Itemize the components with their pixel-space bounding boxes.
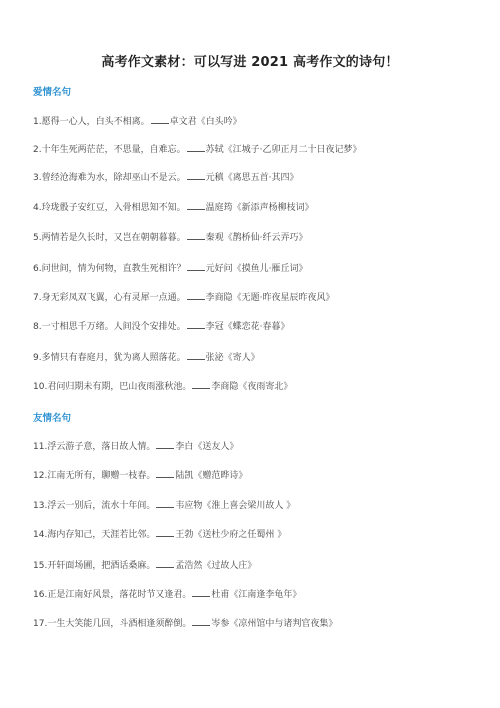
blank-underline	[187, 291, 205, 300]
verse-text: 问世间，情为何物，直教生死相许？	[42, 264, 186, 274]
verse-line: 1.愿得一心人，白头不相离。卓文君《白头吟》	[33, 115, 242, 128]
verse-source: 李冠《蝶恋花·春暮》	[206, 322, 290, 332]
verse-source: 李白《送友人》	[175, 442, 238, 452]
verse-text: 两情若是久长时，又岂在朝朝暮暮。	[42, 233, 186, 243]
verse-source: 苏轼《江城子·乙卯正月二十日夜记梦》	[206, 145, 362, 155]
blank-underline	[187, 262, 205, 271]
verse-source: 卓文君《白头吟》	[170, 117, 242, 127]
verse-text: 愿得一心人，白头不相离。	[42, 117, 150, 127]
blank-underline	[187, 351, 205, 360]
verse-number: 9.	[33, 353, 42, 363]
blank-underline	[187, 143, 205, 152]
verse-number: 5.	[33, 233, 42, 243]
blank-underline	[156, 528, 174, 537]
verse-number: 12.	[33, 471, 47, 481]
verse-line: 11.浮云游子意，落日故人情。李白《送友人》	[33, 440, 238, 453]
verse-text: 浮云一别后，流水十年间。	[47, 501, 155, 511]
verse-line: 9.多情只有春庭月，犹为离人照落花。张泌《寄人》	[33, 351, 260, 364]
verse-source: 韦应物《淮上喜会梁川故人 》	[175, 501, 295, 511]
document-page: 高考作文素材：可以写进 2021 高考作文的诗句！ 爱情名句 1.愿得一心人，白…	[0, 0, 500, 708]
verse-number: 11.	[33, 442, 47, 452]
verse-number: 15.	[33, 561, 47, 571]
verse-source: 陆凯《赠范晔诗》	[175, 471, 247, 481]
blank-underline	[156, 499, 174, 508]
verse-number: 3.	[33, 173, 42, 183]
verse-number: 2.	[33, 145, 42, 155]
verse-source: 元稹《离思五首·其四》	[206, 173, 299, 183]
section-heading-friendship: 友情名句	[33, 410, 71, 424]
verse-number: 8.	[33, 322, 42, 332]
blank-underline	[156, 559, 174, 568]
verse-line: 8.一寸相思千万绪。人间没个安排处。李冠《蝶恋花·春暮》	[33, 320, 289, 333]
verse-line: 10.君问归期未有期，巴山夜雨涨秋池。李商隐《夜雨寄北》	[33, 380, 292, 393]
verse-line: 4.玲珑骰子安红豆，入骨相思知不知。温庭筠《新添声杨柳枝词》	[33, 201, 314, 214]
verse-text: 身无彩凤双飞翼，心有灵犀一点通。	[42, 293, 186, 303]
blank-underline	[187, 231, 205, 240]
verse-source: 孟浩然《过故人庄》	[175, 561, 256, 571]
verse-source: 秦观《鹊桥仙·纤云弄巧》	[206, 233, 308, 243]
verse-line: 13.浮云一别后，流水十年间。韦应物《淮上喜会梁川故人 》	[33, 499, 295, 512]
blank-underline	[156, 469, 174, 478]
verse-line: 6.问世间，情为何物，直教生死相许？元好问《摸鱼儿·雁丘词》	[33, 262, 307, 275]
verse-text: 江南无所有，聊赠一枝春。	[47, 471, 155, 481]
verse-number: 7.	[33, 293, 42, 303]
section-heading-love: 爱情名句	[33, 84, 71, 98]
verse-number: 4.	[33, 203, 42, 213]
verse-source: 李商隐《夜雨寄北》	[211, 382, 292, 392]
page-title: 高考作文素材：可以写进 2021 高考作文的诗句！	[0, 51, 500, 70]
blank-underline	[192, 588, 210, 597]
verse-line: 17.一生大笑能几回，斗酒相逢须醉倒。岑参《凉州馆中与诸判官夜集》	[33, 617, 337, 630]
verse-line: 16.正是江南好风景，落花时节又逢君。杜甫《江南逢李龟年》	[33, 588, 301, 601]
verse-source: 杜甫《江南逢李龟年》	[211, 590, 301, 600]
verse-source: 元好问《摸鱼儿·雁丘词》	[206, 264, 308, 274]
verse-number: 14.	[33, 530, 47, 540]
verse-source: 岑参《凉州馆中与诸判官夜集》	[211, 619, 337, 629]
verse-number: 10.	[33, 382, 47, 392]
verse-text: 玲珑骰子安红豆，入骨相思知不知。	[42, 203, 186, 213]
verse-source: 李商隐《无题·昨夜星辰昨夜风》	[206, 293, 335, 303]
verse-line: 7.身无彩凤双飞翼，心有灵犀一点通。李商隐《无题·昨夜星辰昨夜风》	[33, 291, 334, 304]
verse-text: 十年生死两茫茫，不思量，自难忘。	[42, 145, 186, 155]
blank-underline	[151, 115, 169, 124]
verse-source: 温庭筠《新添声杨柳枝词》	[206, 203, 314, 213]
verse-line: 5.两情若是久长时，又岂在朝朝暮暮。秦观《鹊桥仙·纤云弄巧》	[33, 231, 307, 244]
verse-line: 3.曾经沧海难为水，除却巫山不是云。元稹《离思五首·其四》	[33, 171, 298, 184]
verse-number: 16.	[33, 590, 47, 600]
verse-text: 开轩面场圃，把酒话桑麻。	[47, 561, 155, 571]
verse-text: 多情只有春庭月，犹为离人照落花。	[42, 353, 186, 363]
verse-line: 14.海内存知己，天涯若比邻。王勃《送杜少府之任蜀州 》	[33, 528, 286, 541]
verse-number: 6.	[33, 264, 42, 274]
blank-underline	[156, 440, 174, 449]
verse-text: 正是江南好风景，落花时节又逢君。	[47, 590, 191, 600]
verse-line: 2.十年生死两茫茫，不思量，自难忘。苏轼《江城子·乙卯正月二十日夜记梦》	[33, 143, 361, 156]
verse-number: 17.	[33, 619, 47, 629]
blank-underline	[187, 171, 205, 180]
verse-text: 一生大笑能几回，斗酒相逢须醉倒。	[47, 619, 191, 629]
blank-underline	[192, 380, 210, 389]
verse-text: 君问归期未有期，巴山夜雨涨秋池。	[47, 382, 191, 392]
verse-source: 张泌《寄人》	[206, 353, 260, 363]
verse-text: 海内存知己，天涯若比邻。	[47, 530, 155, 540]
verse-number: 13.	[33, 501, 47, 511]
verse-line: 12.江南无所有，聊赠一枝春。陆凯《赠范晔诗》	[33, 469, 247, 482]
blank-underline	[192, 617, 210, 626]
verse-source: 王勃《送杜少府之任蜀州 》	[175, 530, 286, 540]
blank-underline	[187, 201, 205, 210]
blank-underline	[187, 320, 205, 329]
verse-text: 曾经沧海难为水，除却巫山不是云。	[42, 173, 186, 183]
verse-line: 15.开轩面场圃，把酒话桑麻。孟浩然《过故人庄》	[33, 559, 256, 572]
verse-number: 1.	[33, 117, 42, 127]
verse-text: 一寸相思千万绪。人间没个安排处。	[42, 322, 186, 332]
verse-text: 浮云游子意，落日故人情。	[47, 442, 155, 452]
